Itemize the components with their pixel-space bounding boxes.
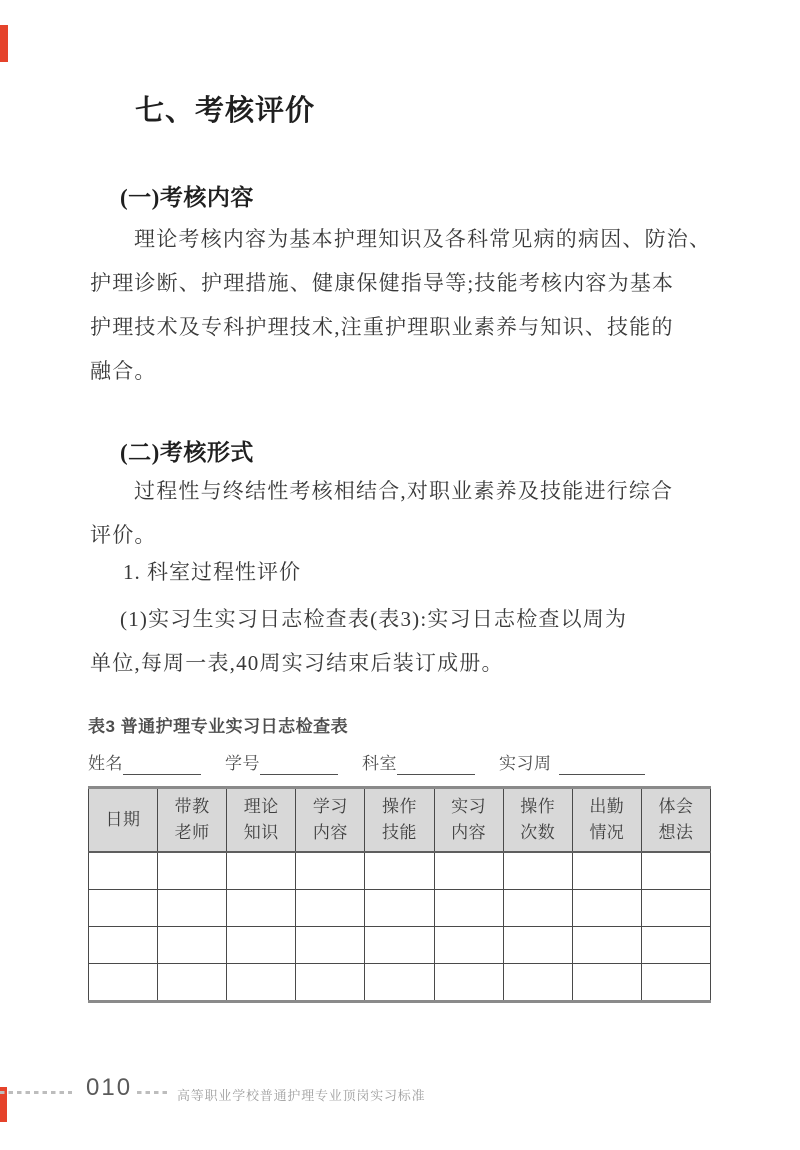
empty-cell (365, 927, 434, 964)
empty-cell (227, 964, 296, 1002)
empty-cell (434, 890, 503, 927)
empty-cell (572, 927, 641, 964)
col-header-label: 理论 (227, 794, 295, 820)
department-field: 科室 (362, 753, 475, 775)
section1-paragraph: 理论考核内容为基本护理知识及各科常见病的病因、防治、 护理诊断、护理措施、健康保… (90, 217, 730, 393)
table-row (89, 927, 711, 964)
document-page: 七、考核评价 (一)考核内容 理论考核内容为基本护理知识及各科常见病的病因、防治… (0, 0, 800, 1150)
empty-cell (641, 852, 710, 890)
chapter-title: 七、考核评价 (135, 88, 315, 129)
empty-cell (89, 927, 158, 964)
footer-book-title: 高等职业学校普通护理专业顶岗实习标准 (177, 1085, 425, 1104)
col-header-label: 知识 (227, 820, 295, 846)
empty-cell (158, 852, 227, 890)
section-heading-2: (二)考核形式 (120, 434, 254, 467)
empty-cell (434, 964, 503, 1002)
empty-cell (641, 890, 710, 927)
empty-cell (365, 890, 434, 927)
col-header-label: 想法 (642, 820, 710, 846)
col-header-label: 体会 (642, 794, 710, 820)
col-header-practice-content: 实习内容 (434, 788, 503, 853)
empty-cell (296, 964, 365, 1002)
paragraph-line: 单位,每周一表,40周实习结束后装订成册。 (90, 641, 730, 685)
paragraph-line: 护理技术及专科护理技术,注重护理职业素养与知识、技能的 (90, 305, 730, 349)
col-header-label: 内容 (296, 820, 364, 846)
empty-cell (434, 927, 503, 964)
empty-cell (434, 852, 503, 890)
paragraph-line: (1)实习生实习日志检查表(表3):实习日志检查以周为 (90, 597, 730, 641)
empty-cell (365, 964, 434, 1002)
empty-cell (572, 852, 641, 890)
col-header-label: 操作 (365, 794, 433, 820)
paragraph-line: 护理诊断、护理措施、健康保健指导等;技能考核内容为基本 (90, 261, 730, 305)
empty-cell (296, 927, 365, 964)
empty-cell (158, 964, 227, 1002)
internship-week-blank-line (559, 754, 645, 775)
page-number: 010 (86, 1074, 132, 1102)
empty-cell (365, 852, 434, 890)
name-label: 姓名 (88, 753, 123, 775)
col-header-study-content: 学习内容 (296, 788, 365, 853)
col-header-label: 技能 (365, 820, 433, 846)
table-header-row: 日期 带教老师 理论知识 学习内容 操作技能 实习内容 操作次数 出勤情况 体会… (89, 788, 711, 853)
student-id-label: 学号 (225, 753, 260, 775)
col-header-label: 情况 (573, 820, 641, 846)
empty-cell (89, 964, 158, 1002)
col-header-date: 日期 (89, 788, 158, 853)
table-row (89, 964, 711, 1002)
col-header-reflection: 体会想法 (641, 788, 710, 853)
department-blank-line (397, 754, 475, 775)
col-header-label: 带教 (158, 794, 226, 820)
name-blank-line (123, 754, 201, 775)
paragraph-line: 过程性与终结性考核相结合,对职业素养及技能进行综合 (90, 469, 730, 513)
internship-week-label: 实习周 (499, 753, 552, 775)
empty-cell (158, 927, 227, 964)
table-row (89, 890, 711, 927)
paragraph-line: 融合。 (90, 349, 730, 393)
col-header-label: 出勤 (573, 794, 641, 820)
numbered-item-1: 1. 科室过程性评价 (90, 556, 301, 586)
table-form-fields: 姓名 学号 科室 实习周 (88, 753, 713, 775)
col-header-label: 老师 (158, 820, 226, 846)
empty-cell (641, 927, 710, 964)
student-id-field: 学号 (225, 753, 338, 775)
department-label: 科室 (362, 753, 397, 775)
footer-dashed-rule-mid (137, 1091, 169, 1094)
col-header-label: 实习 (435, 794, 503, 820)
empty-cell (89, 890, 158, 927)
chapter-edge-mark-top (0, 25, 8, 62)
empty-cell (641, 964, 710, 1002)
footer-dashed-rule-left (0, 1091, 72, 1094)
internship-week-field: 实习周 (499, 753, 645, 775)
col-header-teacher: 带教老师 (158, 788, 227, 853)
col-header-attendance: 出勤情况 (572, 788, 641, 853)
empty-cell (503, 964, 572, 1002)
student-id-blank-line (260, 754, 338, 775)
col-header-label: 学习 (296, 794, 364, 820)
col-header-label: 次数 (504, 820, 572, 846)
empty-cell (572, 964, 641, 1002)
col-header-label: 操作 (504, 794, 572, 820)
col-header-operation-count: 操作次数 (503, 788, 572, 853)
name-field: 姓名 (88, 753, 201, 775)
empty-cell (89, 852, 158, 890)
empty-cell (503, 927, 572, 964)
paragraph-line: 评价。 (90, 513, 730, 557)
section2-paragraph: 过程性与终结性考核相结合,对职业素养及技能进行综合 评价。 (90, 469, 730, 557)
col-header-label: 日期 (89, 807, 157, 833)
diary-check-table: 日期 带教老师 理论知识 学习内容 操作技能 实习内容 操作次数 出勤情况 体会… (88, 786, 711, 1003)
section-heading-1: (一)考核内容 (120, 179, 254, 212)
empty-cell (572, 890, 641, 927)
empty-cell (227, 852, 296, 890)
col-header-operation-skill: 操作技能 (365, 788, 434, 853)
col-header-theory-knowledge: 理论知识 (227, 788, 296, 853)
table-row (89, 852, 711, 890)
empty-cell (158, 890, 227, 927)
paragraph-line: 理论考核内容为基本护理知识及各科常见病的病因、防治、 (90, 217, 730, 261)
empty-cell (296, 852, 365, 890)
empty-cell (503, 890, 572, 927)
col-header-label: 内容 (435, 820, 503, 846)
empty-cell (296, 890, 365, 927)
empty-cell (503, 852, 572, 890)
empty-cell (227, 890, 296, 927)
sub-item-paragraph: (1)实习生实习日志检查表(表3):实习日志检查以周为 单位,每周一表,40周实… (90, 597, 730, 685)
empty-cell (227, 927, 296, 964)
table-caption: 表3 普通护理专业实习日志检查表 (88, 712, 348, 737)
